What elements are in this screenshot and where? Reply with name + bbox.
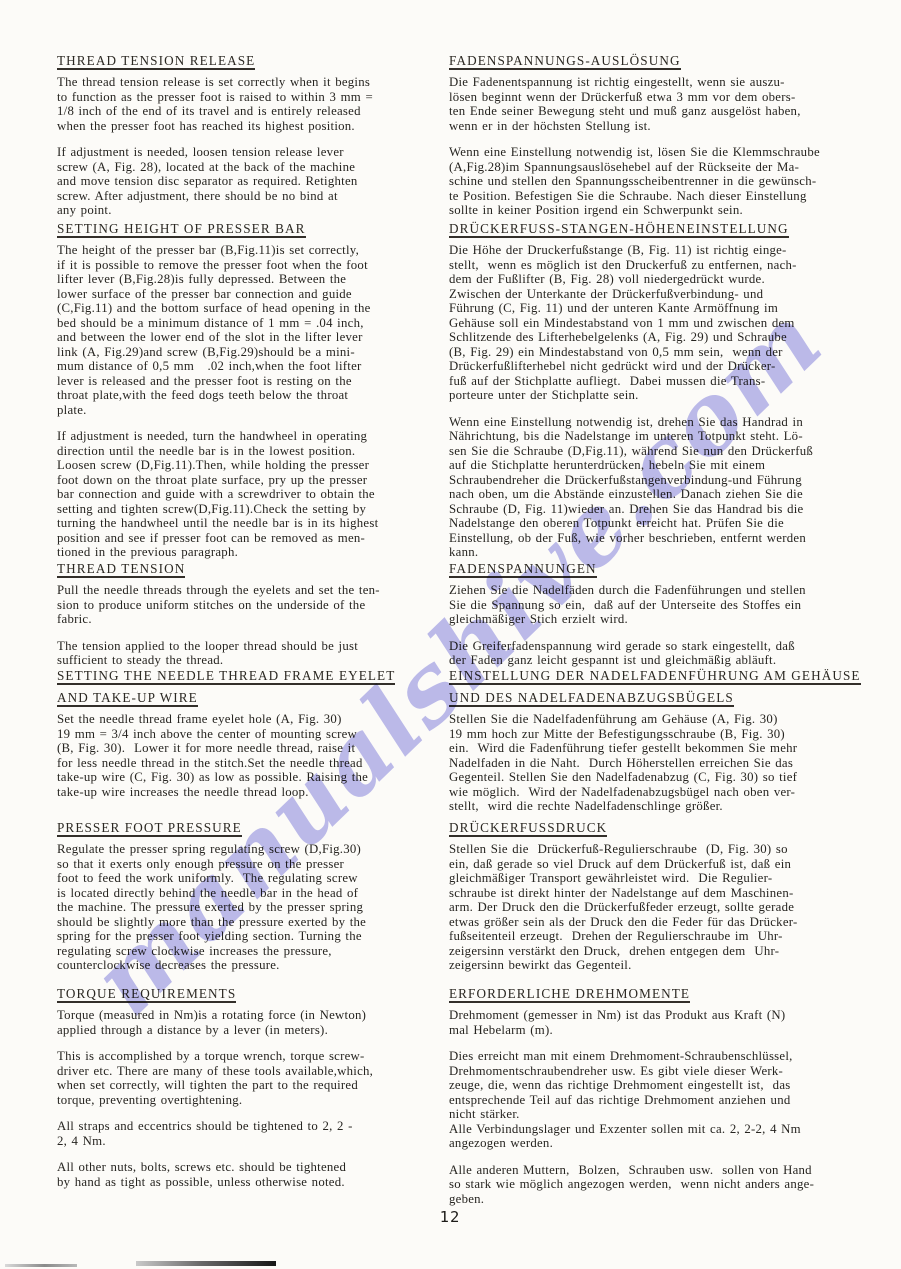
section-german-3: FADENSPANNUNGENZiehen Sie die Nadelfäden…	[449, 561, 885, 680]
paragraph: Torque (measured in Nm)is a rotating for…	[57, 1008, 447, 1037]
section-heading: AND TAKE-UP WIRE	[57, 690, 198, 707]
paragraph: Ziehen Sie die Nadelfäden durch die Fade…	[449, 583, 885, 627]
page-number: 12	[440, 1208, 461, 1226]
section-german-4: EINSTELLUNG DER NADELFADENFÜHRUNG AM GEH…	[449, 668, 885, 826]
paragraph: This is accomplished by a torque wrench,…	[57, 1049, 447, 1107]
section-english-4: SETTING THE NEEDLE THREAD FRAME EYELETAN…	[57, 668, 447, 811]
section-english-5: PRESSER FOOT PRESSURERegulate the presse…	[57, 820, 447, 985]
paragraph: Regulate the presser spring regulating s…	[57, 842, 447, 973]
section-heading: THREAD TENSION	[57, 561, 185, 578]
paragraph: Dies erreicht man mit einem Drehmoment-S…	[449, 1049, 885, 1151]
paragraph: Die Fadenentspannung ist richtig eingest…	[449, 75, 885, 133]
section-english-6: TORQUE REQUIREMENTSTorque (measured in N…	[57, 986, 447, 1201]
scan-artifact-bar-left	[5, 1264, 77, 1267]
paragraph: Set the needle thread frame eyelet hole …	[57, 712, 447, 799]
section-heading: THREAD TENSION RELEASE	[57, 53, 255, 70]
paragraph: Alle anderen Muttern, Bolzen, Schrauben …	[449, 1163, 885, 1207]
section-german-5: DRÜCKERFUSSDRUCKStellen Sie die Drückerf…	[449, 820, 885, 985]
section-heading: SETTING THE NEEDLE THREAD FRAME EYELET	[57, 668, 395, 685]
paragraph: Stellen Sie die Drückerfuß-Regulierschra…	[449, 842, 885, 973]
section-heading: TORQUE REQUIREMENTS	[57, 986, 236, 1003]
paragraph: The tension applied to the looper thread…	[57, 639, 447, 668]
section-german-6: ERFORDERLICHE DREHMOMENTEDrehmoment (gem…	[449, 986, 885, 1218]
paragraph: Stellen Sie die Nadelfadenführung am Geh…	[449, 712, 885, 814]
section-english-2: SETTING HEIGHT OF PRESSER BARThe height …	[57, 221, 447, 572]
manual-page: manualshive.com THREAD TENSION RELEASETh…	[0, 0, 901, 1269]
section-heading: FADENSPANNUNGS-AUSLÖSUNG	[449, 53, 681, 70]
column-german: FADENSPANNUNGS-AUSLÖSUNGDie Fadenentspan…	[449, 0, 885, 1269]
paragraph: Wenn eine Einstellung notwendig ist, lös…	[449, 145, 885, 218]
section-heading: DRÜCKERFUSS-STANGEN-HÖHENEINSTELLUNG	[449, 221, 789, 238]
section-heading: UND DES NADELFADENABZUGSBÜGELS	[449, 690, 734, 707]
section-heading: EINSTELLUNG DER NADELFADENFÜHRUNG AM GEH…	[449, 668, 861, 685]
section-heading: ERFORDERLICHE DREHMOMENTE	[449, 986, 690, 1003]
paragraph: Wenn eine Einstellung notwendig ist, dre…	[449, 415, 885, 560]
paragraph: Die Greiferfadenspannung wird gerade so …	[449, 639, 885, 668]
column-english: THREAD TENSION RELEASEThe thread tension…	[57, 0, 447, 1269]
scan-artifact-bar-right	[136, 1261, 276, 1266]
section-german-2: DRÜCKERFUSS-STANGEN-HÖHENEINSTELLUNGDie …	[449, 221, 885, 572]
section-heading: FADENSPANNUNGEN	[449, 561, 597, 578]
paragraph: All other nuts, bolts, screws etc. shoul…	[57, 1160, 447, 1189]
paragraph: Drehmoment (gemesser in Nm) ist das Prod…	[449, 1008, 885, 1037]
paragraph: Pull the needle threads through the eyel…	[57, 583, 447, 627]
paragraph: The thread tension release is set correc…	[57, 75, 447, 133]
section-heading: SETTING HEIGHT OF PRESSER BAR	[57, 221, 306, 238]
section-german-1: FADENSPANNUNGS-AUSLÖSUNGDie Fadenentspan…	[449, 53, 885, 230]
paragraph: All straps and eccentrics should be tigh…	[57, 1119, 447, 1148]
paragraph: If adjustment is needed, loosen tension …	[57, 145, 447, 218]
section-english-3: THREAD TENSIONPull the needle threads th…	[57, 561, 447, 680]
section-heading: DRÜCKERFUSSDRUCK	[449, 820, 607, 837]
paragraph: The height of the presser bar (B,Fig.11)…	[57, 243, 447, 417]
paragraph: Die Höhe der Druckerfußstange (B, Fig. 1…	[449, 243, 885, 403]
section-heading: PRESSER FOOT PRESSURE	[57, 820, 242, 837]
section-english-1: THREAD TENSION RELEASEThe thread tension…	[57, 53, 447, 230]
paragraph: If adjustment is needed, turn the handwh…	[57, 429, 447, 560]
